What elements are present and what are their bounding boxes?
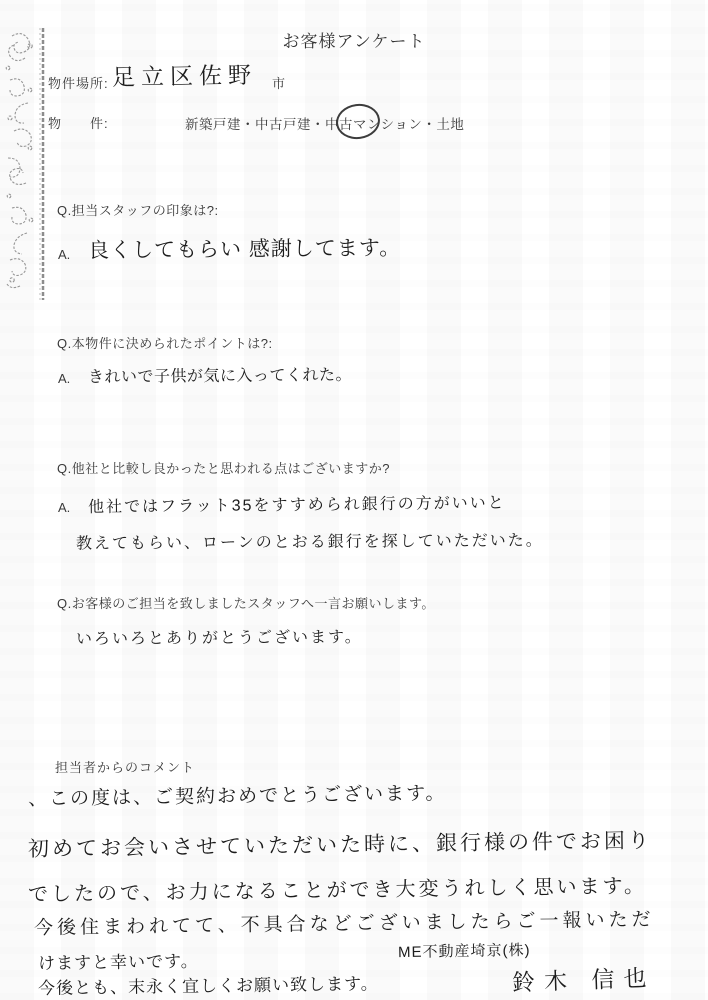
staff-signature-handwritten: 鈴木 信也 [511, 960, 655, 998]
answer-1-handwritten: 良くしてもらい 感謝してます。 [88, 232, 401, 265]
staff-comment-line-6: 今後とも、末永く宜しくお願い致します。 [38, 969, 379, 999]
property-options: 新築戸建・中古戸建・中古マンション・土地 [185, 113, 464, 133]
answer-3-prefix: A. [58, 500, 70, 515]
page-title: お客様アンケート [0, 27, 708, 52]
question-3: Q.他社と比較し良かったと思われる点はございますか? [57, 458, 390, 477]
staff-comment-label: 担当者からのコメント [55, 757, 195, 776]
question-2: Q.本物件に決められたポイントは?: [57, 333, 273, 352]
property-label: 物 件: [48, 113, 109, 132]
survey-scan-page: お客様アンケート 物件場所: 足立区佐野 市 物 件: 新築戸建・中古戸建・中古… [0, 0, 708, 1000]
staff-comment-line-2: 初めてお会いさせていただいた時に、銀行様の件でお困り [28, 824, 652, 863]
location-value-handwritten: 足立区佐野 [112, 57, 258, 93]
decorative-flourish-border [0, 28, 50, 303]
answer-4-handwritten: いろいろとありがとうございます。 [76, 624, 363, 649]
answer-2-prefix: A. [58, 371, 70, 386]
circled-option-mark [334, 101, 382, 141]
answer-2-handwritten: きれいで子供が気に入ってくれた。 [88, 362, 352, 387]
location-label: 物件場所: [48, 73, 109, 92]
answer-3-line1-handwritten: 他社ではフラット35をすすめられ銀行の方がいいと [88, 490, 506, 517]
staff-comment-line-5: けますと幸いです。 [38, 947, 199, 974]
staff-comment-line-3: でしたので、お力になることができ大変うれしく思います。 [28, 869, 647, 907]
question-1: Q.担当スタッフの印象は?: [57, 200, 219, 219]
staff-comment-line-4: 今後住まわれてて、不具合などございましたらご一報いただ [34, 904, 655, 940]
staff-company-name-handwritten: ME不動産埼京(株) [398, 939, 531, 962]
location-suffix: 市 [272, 73, 286, 92]
answer-1-prefix: A. [58, 247, 70, 262]
answer-3-line2-handwritten: 教えてもらい、ローンのとおる銀行を探していただいた。 [76, 527, 544, 553]
staff-comment-line-1: 、この度は、ご契約おめでとうございます。 [28, 778, 447, 811]
question-4: Q.お客様のご担当を致しましたスタッフへ一言お願いします。 [57, 593, 435, 612]
